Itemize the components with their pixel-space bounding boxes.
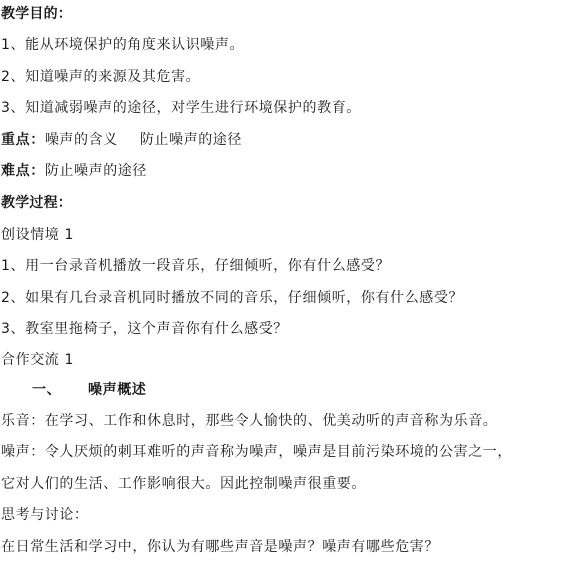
key-points: 重点：噪声的含义防止噪声的途径 [1, 130, 242, 150]
noise-definition-line-1: 噪声：令人厌烦的刺耳难听的声音称为噪声，噪声是目前污染环境的公害之一， [1, 442, 512, 462]
key-points-label: 重点： [1, 132, 45, 148]
section-title: 噪声概述 [88, 382, 146, 398]
difficult-point-text: 防止噪声的途径 [45, 163, 147, 179]
music-definition: 乐音：在学习、工作和休息时，那些令人愉快的、优美动听的声音称为乐音。 [1, 411, 497, 431]
scenario-question-2: 2、如果有几台录音机同时播放不同的音乐，仔细倾听，你有什么感受？ [1, 288, 463, 308]
discussion-question: 在日常生活和学习中，你认为有哪些声音是噪声？噪声有哪些危害？ [1, 537, 439, 557]
process-heading: 教学过程： [1, 193, 72, 213]
objective-item-3: 3、知道减弱噪声的途径，对学生进行环境保护的教育。 [1, 98, 361, 118]
objective-item-1: 1、能从环境保护的角度来认识噪声。 [1, 35, 244, 55]
difficult-points: 难点：防止噪声的途径 [1, 161, 147, 181]
objective-item-2: 2、知道噪声的来源及其危害。 [1, 67, 200, 87]
scenario-question-1: 1、用一台录音机播放一段音乐，仔细倾听，你有什么感受？ [1, 256, 390, 276]
key-point-1: 噪声的含义 [45, 132, 118, 148]
objectives-heading: 教学目的： [1, 4, 72, 24]
scenario-question-3: 3、教室里拖椅子，这个声音你有什么感受？ [1, 319, 288, 339]
section-number: 一、 [1, 380, 88, 400]
noise-definition-line-2: 它对人们的生活、工作影响很大。因此控制噪声很重要。 [1, 474, 366, 494]
difficult-points-label: 难点： [1, 163, 45, 179]
scenario-heading: 创设情境 1 [1, 225, 74, 245]
discussion-heading: 思考与讨论： [1, 505, 89, 525]
cooperation-heading: 合作交流 1 [1, 350, 74, 370]
section-one-heading: 一、噪声概述 [1, 380, 146, 400]
key-point-2: 防止噪声的途径 [140, 132, 242, 148]
